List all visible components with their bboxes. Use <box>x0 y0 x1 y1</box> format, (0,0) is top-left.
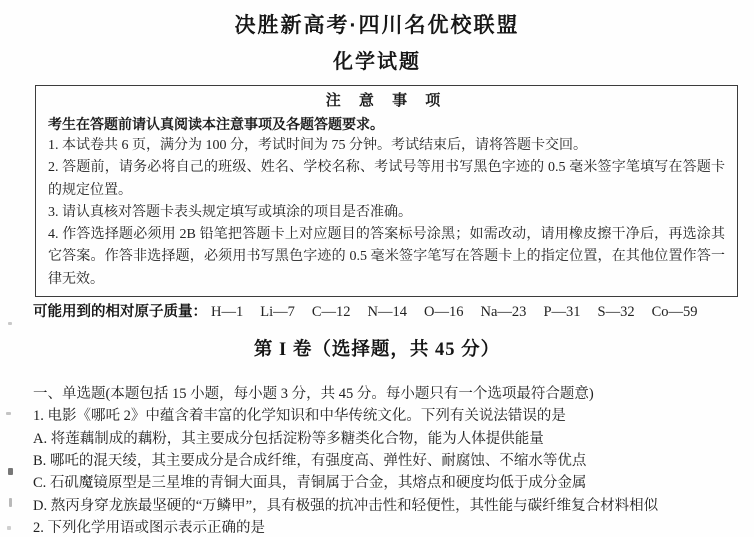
atomic-mass-value: Na—23 <box>481 304 527 321</box>
scan-artifact <box>6 412 11 415</box>
exam-paper-page: 决胜新高考·四川名优校联盟 化学试题 注 意 事 项 考生在答题前请认真阅读本注… <box>0 0 754 537</box>
notice-item-1: 1. 本试卷共 6 页，满分为 100 分，考试时间为 75 分钟。考试结束后，… <box>48 135 725 157</box>
notice-item-3: 3. 请认真核对答题卡表头规定填写或填涂的项目是否准确。 <box>48 202 725 224</box>
atomic-mass-line: 可能用到的相对原子质量： H—1 Li—7 C—12 N—14 O—16 Na—… <box>33 300 740 321</box>
question-2-stem: 2. 下列化学用语或图示表示正确的是 <box>33 517 748 537</box>
scan-artifact <box>8 468 13 475</box>
scan-artifact <box>9 498 12 507</box>
scan-artifact <box>8 322 12 325</box>
question-1-option-c: C. 石矶魔镜原型是三星堆的青铜大面具，青铜属于合金，其熔点和硬度均低于成分金属 <box>33 472 748 494</box>
page-title: 决胜新高考·四川名优校联盟 <box>0 12 754 40</box>
notice-box: 注 意 事 项 考生在答题前请认真阅读本注意事项及各题答题要求。 1. 本试卷共… <box>35 85 738 297</box>
notice-heading: 注 意 事 项 <box>48 89 725 113</box>
atomic-mass-value: O—16 <box>424 304 463 321</box>
section-1-heading: 第 I 卷（选择题，共 45 分） <box>0 337 754 363</box>
page-subtitle: 化学试题 <box>0 48 754 76</box>
question-1-option-a: A. 将莲藕制成的藕粉，其主要成分包括淀粉等多糖类化合物，能为人体提供能量 <box>33 428 748 450</box>
atomic-mass-value: S—32 <box>598 304 635 321</box>
question-1-option-d: D. 熬丙身穿龙族最坚硬的“万鳞甲”，具有极强的抗冲击性和轻便性，其性能与碳纤维… <box>33 495 748 517</box>
atomic-mass-label: 可能用到的相对原子质量： <box>33 300 207 321</box>
atomic-mass-values: H—1 Li—7 C—12 N—14 O—16 Na—23 P—31 S—32 … <box>211 304 698 321</box>
atomic-mass-value: Li—7 <box>260 304 295 321</box>
question-1-stem: 1. 电影《哪吒 2》中蕴含着丰富的化学知识和中华传统文化。下列有关说法错误的是 <box>33 405 748 427</box>
atomic-mass-value: N—14 <box>368 304 407 321</box>
atomic-mass-value: Co—59 <box>652 304 698 321</box>
section-1-instruction: 一、单选题(本题包括 15 小题，每小题 3 分，共 45 分。每小题只有一个选… <box>33 383 744 405</box>
notice-item-4: 4. 作答选择题必须用 2B 铅笔把答题卡上对应题目的答案标号涂黑；如需改动，请… <box>48 224 725 291</box>
atomic-mass-value: P—31 <box>543 304 580 321</box>
question-1-option-b: B. 哪吒的混天绫，其主要成分是合成纤维，有强度高、弹性好、耐腐蚀、不缩水等优点 <box>33 450 748 472</box>
notice-item-2: 2. 答题前，请务必将自己的班级、姓名、学校名称、考试号等用书写黑色字迹的 0.… <box>48 157 725 202</box>
atomic-mass-value: H—1 <box>211 304 243 321</box>
atomic-mass-value: C—12 <box>312 304 351 321</box>
notice-intro: 考生在答题前请认真阅读本注意事项及各题答题要求。 <box>48 113 725 135</box>
scan-artifact <box>7 526 11 530</box>
